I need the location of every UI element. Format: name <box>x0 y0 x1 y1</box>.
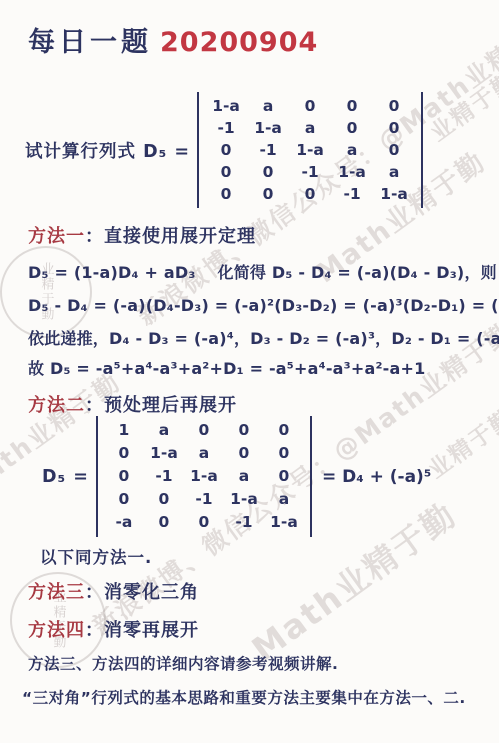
matrix-row: -a00-11-a <box>104 511 304 534</box>
matrix-row: 0-11-aa0 <box>104 465 304 488</box>
matrix-cell: -1 <box>331 183 373 205</box>
matrix-cell: -1 <box>144 465 184 488</box>
matrix-cell: 1-a <box>205 95 247 117</box>
problem-statement: 试计算行列式 D₅ = 1-aa000-11-aa000-11-aa000-11… <box>25 92 423 208</box>
matrix-cell: 0 <box>247 161 289 183</box>
handwritten-note-page: 新浪微博、微信公众号：@Math业精于勤 Math业精于勤 业精于勤 新浪微博、… <box>0 0 499 743</box>
matrix-cell: a <box>224 465 264 488</box>
watermark-text: 业精于勤 <box>422 62 499 147</box>
matrix-cell: -1 <box>205 117 247 139</box>
matrix-cell: 0 <box>264 465 304 488</box>
title-text: 每日一题 <box>28 27 152 58</box>
matrix-cell: a <box>247 95 289 117</box>
matrix-cell: 0 <box>331 95 373 117</box>
watermark-text: 业精于勤 <box>420 399 499 484</box>
matrix-cell: a <box>144 419 184 442</box>
matrix-cell: 0 <box>373 95 415 117</box>
title-date: 20200904 <box>160 27 318 58</box>
matrix-cell: 0 <box>104 465 144 488</box>
footer-remark-1: 方法三、方法四的详细内容请参考视频讲解. <box>28 652 338 674</box>
matrix-cell: 0 <box>373 139 415 161</box>
matrix-cell: 0 <box>264 442 304 465</box>
matrix-cell: a <box>331 139 373 161</box>
matrix-cell: -1 <box>289 161 331 183</box>
matrix-cell: a <box>289 117 331 139</box>
matrix-cell: 1-a <box>224 488 264 511</box>
matrix-cell: a <box>373 161 415 183</box>
matrix-cell: -1 <box>247 139 289 161</box>
method3-desc: 消零化三角 <box>104 582 199 603</box>
matrix-cell: a <box>264 488 304 511</box>
method2-rhs: = D₄ + (-a)⁵ <box>322 467 431 487</box>
method1-equation-2: D₅ - D₄ = (-a)(D₄-D₃) = (-a)²(D₃-D₂) = (… <box>28 296 499 315</box>
matrix-row: 01-aa00 <box>104 442 304 465</box>
method2-determinant: D₅ = 1a00001-aa000-11-aa000-11-aa-a00-11… <box>42 416 431 537</box>
method4-name: 方法四 <box>28 620 85 641</box>
matrix-row: 1-aa000 <box>205 95 415 117</box>
method3-name: 方法三 <box>28 582 85 603</box>
matrix-cell: 1-a <box>247 117 289 139</box>
matrix-cell: 1-a <box>373 183 415 205</box>
matrix-cell: 0 <box>104 488 144 511</box>
matrix-cell: 1-a <box>184 465 224 488</box>
method1-equation-3: 依此递推，D₄ - D₃ = (-a)⁴，D₃ - D₂ = (-a)³，D₂ … <box>28 326 499 349</box>
matrix-cell: 1 <box>104 419 144 442</box>
method2-colon: ： <box>85 395 104 416</box>
method2-name: 方法二 <box>28 395 85 416</box>
method2-lhs: D₅ = <box>42 467 89 487</box>
matrix-cell: 0 <box>144 511 184 534</box>
method3-heading: 方法三：消零化三角 <box>28 578 199 604</box>
matrix-row: 0-11-aa0 <box>205 139 415 161</box>
matrix-cell: 0 <box>205 183 247 205</box>
matrix-cell: -1 <box>184 488 224 511</box>
matrix-row: 000-11-a <box>205 183 415 205</box>
matrix-cell: 0 <box>184 419 224 442</box>
matrix-cell: 0 <box>331 117 373 139</box>
method2-heading: 方法二：预处理后再展开 <box>28 391 237 417</box>
matrix-cell: 0 <box>264 419 304 442</box>
determinant-matrix-1: 1-aa000-11-aa000-11-aa000-11-aa000-11-a <box>197 92 423 208</box>
matrix-cell: 0 <box>289 183 331 205</box>
problem-label: 试计算行列式 D₅ = <box>25 138 190 163</box>
determinant-matrix-2: 1a00001-aa000-11-aa000-11-aa-a00-11-a <box>96 416 312 537</box>
method4-colon: ： <box>85 620 104 641</box>
matrix-cell: -1 <box>224 511 264 534</box>
method4-heading: 方法四：消零再展开 <box>28 616 199 642</box>
matrix-cell: 0 <box>144 488 184 511</box>
matrix-cell: 0 <box>104 442 144 465</box>
footer-remark-2: “三对角”行列式的基本思路和重要方法主要集中在方法一、二. <box>22 686 466 708</box>
matrix-cell: 0 <box>184 511 224 534</box>
method1-colon: ： <box>85 226 104 247</box>
method1-name: 方法一 <box>28 226 85 247</box>
method1-equation-4: 故 D₅ = -a⁵+a⁴-a³+a²+D₁ = -a⁵+a⁴-a³+a²-a+… <box>28 356 425 379</box>
method1-desc: 直接使用展开定理 <box>104 226 256 247</box>
method1-equation-1: D₅ = (1-a)D₄ + aD₃ 化简得 D₅ - D₄ = (-a)(D₄… <box>28 260 497 283</box>
method1-heading: 方法一：直接使用展开定理 <box>28 222 256 248</box>
matrix-row: 00-11-aa <box>104 488 304 511</box>
matrix-cell: -a <box>104 511 144 534</box>
matrix-cell: 0 <box>373 117 415 139</box>
matrix-row: -11-aa00 <box>205 117 415 139</box>
matrix-row: 00-11-aa <box>205 161 415 183</box>
method2-desc: 预处理后再展开 <box>104 395 237 416</box>
matrix-cell: 0 <box>205 139 247 161</box>
matrix-cell: 1-a <box>264 511 304 534</box>
matrix-cell: 0 <box>205 161 247 183</box>
matrix-cell: 0 <box>289 95 331 117</box>
matrix-cell: a <box>184 442 224 465</box>
matrix-cell: 1-a <box>331 161 373 183</box>
matrix-cell: 1-a <box>289 139 331 161</box>
matrix-cell: 0 <box>247 183 289 205</box>
page-title: 每日一题20200904 <box>28 20 318 59</box>
method3-colon: ： <box>85 582 104 603</box>
matrix-cell: 0 <box>224 419 264 442</box>
matrix-cell: 0 <box>224 442 264 465</box>
matrix-row: 1a000 <box>104 419 304 442</box>
method2-note: 以下同方法一. <box>40 544 152 568</box>
matrix-cell: 1-a <box>144 442 184 465</box>
method4-desc: 消零再展开 <box>104 620 199 641</box>
